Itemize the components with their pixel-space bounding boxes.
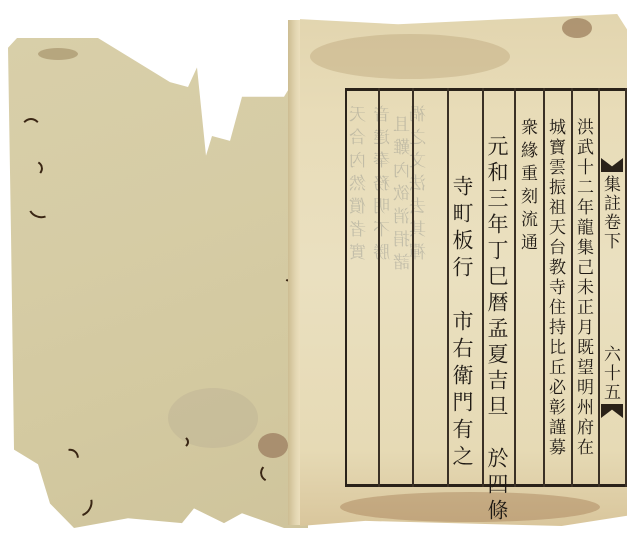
text-column-1: 洪武十二年龍集己未正月既望明州府在 bbox=[574, 118, 591, 458]
mold-spot bbox=[258, 433, 288, 458]
wormhole-trail bbox=[25, 194, 54, 221]
column-rule bbox=[447, 88, 449, 487]
column-rule bbox=[514, 88, 516, 487]
volume-title: 集註卷下 bbox=[601, 175, 618, 251]
text-column-5: 寺町板行 市右衛門有之 bbox=[451, 175, 472, 472]
wormhole-trail bbox=[171, 435, 189, 449]
column-rule bbox=[378, 88, 380, 487]
mold-spot bbox=[562, 18, 592, 38]
wormhole-trail bbox=[53, 444, 84, 475]
column-rule bbox=[412, 88, 414, 487]
text-column-2: 城寶雲振祖天台教寺住持比丘必彰謹募 bbox=[546, 118, 563, 458]
column-rule bbox=[482, 88, 484, 487]
water-stain bbox=[38, 48, 78, 60]
wormhole-trail bbox=[258, 459, 289, 486]
left-page-blank bbox=[8, 38, 308, 528]
water-stain bbox=[340, 492, 600, 522]
water-stain bbox=[310, 34, 510, 79]
text-column-3: 衆緣重刻流通 bbox=[518, 118, 535, 256]
wormhole-trail bbox=[20, 158, 45, 180]
wormhole-trail bbox=[65, 487, 97, 521]
page-number: 六十五 bbox=[601, 345, 618, 402]
column-rule bbox=[625, 88, 627, 487]
text-column-4: 元和三年丁巳暦孟夏吉旦 於四條 bbox=[486, 135, 507, 525]
wormhole-trail bbox=[20, 118, 42, 144]
column-rule bbox=[598, 88, 600, 487]
